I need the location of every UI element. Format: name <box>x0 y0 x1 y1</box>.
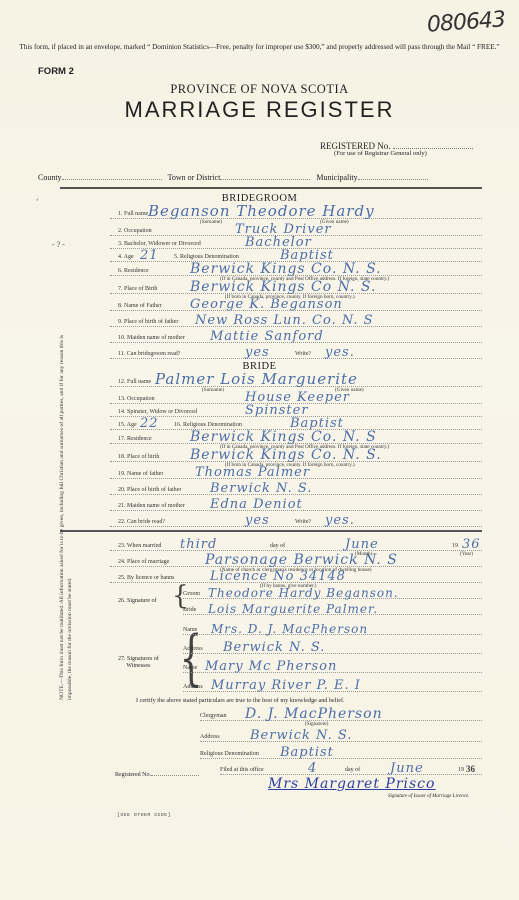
marriage-date-row: 23. When married third day of June (Mont… <box>110 538 482 551</box>
groom-signature-label: Groom <box>183 591 200 597</box>
bride-father-row: 19. Name of father Thomas Palmer <box>110 466 482 479</box>
groom-birthplace-row: 7. Place of Birth Berwick Kings Co N. S.… <box>110 281 482 294</box>
see-other-side: [SEE OTHER SIDE] <box>117 813 171 818</box>
groom-residence: Berwick Kings Co. N. S. <box>190 261 382 277</box>
divider <box>60 530 482 532</box>
groom-full-name-label: 1. Full name <box>118 211 148 217</box>
bride-occupation-label: 13. Occupation <box>118 396 155 402</box>
municipality-field <box>358 173 428 180</box>
witness-2-name: Mary Mc Pherson <box>205 659 337 674</box>
groom-father: George K. Beganson <box>190 297 343 312</box>
clergyman-label: Clergyman <box>200 713 227 719</box>
bride-literacy-row: 22. Can bride read? yes Write? yes. <box>110 514 482 527</box>
groom-signature: Theodore Hardy Beganson. <box>208 586 399 600</box>
groom-full-name-row: 1. Full name Beganson Theodore Hardy (Su… <box>110 206 482 219</box>
groom-age-label: 4. Age <box>118 254 134 260</box>
county-field <box>62 173 162 180</box>
bride-full-name-label: 12. Full name <box>118 379 151 385</box>
bride-father-label: 19. Name of father <box>118 471 163 477</box>
witness-name-label: Name <box>183 627 197 633</box>
witness-address-label: Address <box>183 646 203 652</box>
groom-religion-label: 5. Religious Denomination <box>174 254 239 260</box>
bride-religion-label: 16. Religious Denomination <box>174 422 242 428</box>
marriage-month: June <box>345 537 379 552</box>
groom-full-name: Beganson Theodore Hardy <box>148 202 375 220</box>
groom-birthplace-label: 7. Place of Birth <box>118 286 157 292</box>
bride-birthplace: Berwick Kings Co. N. S. <box>190 447 382 463</box>
bride-mother: Edna Deniot <box>210 497 303 512</box>
signature-of-label: 26. Signature of <box>118 598 157 604</box>
filed-month: June <box>390 761 424 776</box>
groom-write: yes. <box>325 345 355 360</box>
filing-registered-field <box>151 769 199 776</box>
bride-status-label: 14. Spinster, Widow or Divorced <box>118 409 197 415</box>
groom-mother-label: 10. Maiden name of mother <box>118 335 185 341</box>
bride-signature-label: Bride <box>183 607 196 613</box>
page-title: MARRIAGE REGISTER <box>0 97 519 123</box>
clergyman-row: Clergyman D. J. MacPherson (Signature) <box>200 708 482 721</box>
filed-year-prefix: 19 <box>458 767 464 773</box>
divider <box>60 187 482 189</box>
bride-signature: Lois Marguerite Palmer. <box>208 602 378 616</box>
postal-notice: This form, if placed in an envelope, mar… <box>0 42 519 53</box>
margin-mark: ‘ <box>36 197 39 206</box>
filing-registered-text: Registered No. <box>115 772 151 778</box>
signature-hint: (Signature) <box>305 721 328 727</box>
witnesses-label-line1: 27. Signatures of <box>118 656 159 663</box>
groom-residence-label: 6. Residence <box>118 268 149 274</box>
witnesses-label: 27. Signatures of Witnesses <box>118 656 159 670</box>
groom-literacy-row: 11. Can bridegroom read? yes Write? yes. <box>110 346 482 359</box>
groom-father-birth: New Ross Lun. Co. N. S <box>195 313 374 328</box>
bride-father: Thomas Palmer <box>195 465 310 480</box>
bride-write: yes. <box>325 513 355 528</box>
groom-father-birth-label: 9. Place of birth of father <box>118 319 178 325</box>
bride-birthplace-label: 18. Place of birth <box>118 454 159 460</box>
witness-1-name: Mrs. D. J. MacPherson <box>211 622 368 636</box>
groom-mother-row: 10. Maiden name of mother Mattie Sanford <box>110 330 482 343</box>
groom-read: yes <box>245 345 270 360</box>
municipality-label: Municipality <box>316 173 357 182</box>
bride-birthplace-row: 18. Place of birth Berwick Kings Co. N. … <box>110 449 482 462</box>
place-of-marriage-label: 24. Place of marriage <box>118 559 169 565</box>
clergyman-denomination: Baptist <box>280 745 334 760</box>
bride-residence-label: 17. Residence <box>118 436 152 442</box>
licence-number: Licence No 34148 <box>210 569 346 584</box>
groom-occupation-label: 2. Occupation <box>118 228 152 234</box>
certification-statement: I certify the above stated particulars a… <box>136 697 345 704</box>
bride-father-birth: Berwick N. S. <box>210 481 312 496</box>
marriage-day: third <box>180 537 217 552</box>
filed-day: 4 <box>308 761 317 776</box>
bride-write-label: Write? <box>295 519 311 525</box>
bride-mother-row: 21. Maiden name of mother Edna Deniot <box>110 498 482 511</box>
bride-read: yes <box>245 513 270 528</box>
marriage-place: Parsonage Berwick N. S <box>205 552 398 568</box>
bride-age-label: 15. Age <box>118 422 137 428</box>
province-heading: PROVINCE OF NOVA SCOTIA <box>0 82 519 97</box>
bride-father-birth-row: 20. Place of birth of father Berwick N. … <box>110 482 482 495</box>
bride-full-name-row: 12. Full name Palmer Lois Marguerite (Su… <box>110 374 482 387</box>
groom-signature-row: Groom Theodore Hardy Beganson. <box>183 586 482 599</box>
licence-label: 25. By licence or banns <box>118 575 174 581</box>
marriage-year: 36 <box>462 537 481 552</box>
side-note: NOTE.—This form must not be mutilated. A… <box>58 320 74 700</box>
witness-1-address: Berwick N. S. <box>223 640 325 655</box>
bride-read-label: 22. Can bride read? <box>118 519 165 525</box>
margin-mark: - ? - <box>52 240 65 249</box>
groom-write-label: Write? <box>295 351 311 357</box>
registered-number-field <box>393 148 473 149</box>
groom-birthplace: Berwick Kings Co N. S. <box>190 279 376 295</box>
witness-name-label: Name <box>183 665 197 671</box>
witness-2-address: Murray River P. E. I <box>211 678 361 693</box>
document-number: 080643 <box>426 7 506 37</box>
bride-mother-label: 21. Maiden name of mother <box>118 503 185 509</box>
groom-age: 21 <box>140 248 159 263</box>
filed-label: Filed at this office <box>220 767 264 773</box>
marriage-place-row: 24. Place of marriage Parsonage Berwick … <box>110 554 482 567</box>
clergyman-address-label: Address <box>200 734 220 740</box>
bride-residence-row: 17. Residence Berwick Kings Co. N. S (If… <box>110 431 482 444</box>
clergyman-address-row: Address Berwick N. S. <box>200 729 482 742</box>
groom-read-label: 11. Can bridegroom read? <box>118 351 180 357</box>
filed-year: 36 <box>466 764 475 774</box>
registered-note: (For use of Registrar General only) <box>334 150 427 157</box>
issuer-hint: Signature of Issuer of Marriage Licence. <box>388 794 469 799</box>
bride-age: 22 <box>140 416 159 431</box>
witness-2-address-row: Address Murray River P. E. I <box>183 679 482 692</box>
denomination-label: Religious Denomination <box>200 751 259 757</box>
groom-father-birth-row: 9. Place of birth of father New Ross Lun… <box>110 314 482 327</box>
filed-day-of-label: day of <box>345 767 360 773</box>
town-label: Town or District <box>168 173 221 182</box>
witness-1-address-row: Address Berwick N. S. <box>183 641 482 654</box>
town-field <box>220 173 310 180</box>
groom-status-label: 3. Bachelor, Widower or Divorced <box>118 241 201 247</box>
location-row: County Town or District Municipality <box>38 173 428 182</box>
county-label: County <box>38 173 62 182</box>
licence-row: 25. By licence or banns Licence No 34148… <box>110 570 482 583</box>
bride-full-name: Palmer Lois Marguerite <box>155 370 358 388</box>
year-prefix: 19 <box>452 543 458 549</box>
issuer-signature: Mrs Margaret Prisco <box>268 776 435 792</box>
when-married-label: 23. When married <box>118 543 161 549</box>
form-label: FORM 2 <box>38 66 74 77</box>
groom-father-row: 8. Name of Father George K. Beganson <box>110 298 482 311</box>
clergyman-signature: D. J. MacPherson <box>245 706 383 722</box>
day-of-label: day of <box>270 543 285 549</box>
bride-father-birth-label: 20. Place of birth of father <box>118 487 181 493</box>
witness-address-label: Address <box>183 684 203 690</box>
marriage-register-form: 080643 This form, if placed in an envelo… <box>0 0 519 900</box>
filing-row: Filed at this office 4 day of June 19 36 <box>220 762 482 775</box>
witness-1-name-row: Name Mrs. D. J. MacPherson <box>183 622 482 635</box>
bride-signature-row: Bride Lois Marguerite Palmer. <box>183 602 482 615</box>
clergyman-denomination-row: Religious Denomination Baptist <box>200 746 482 759</box>
filing-registered-label: Registered No. <box>115 769 199 778</box>
clergyman-address: Berwick N. S. <box>250 728 352 743</box>
groom-father-label: 8. Name of Father <box>118 303 162 309</box>
witnesses-label-line2: Witnesses <box>118 663 159 670</box>
witness-2-name-row: Name Mary Mc Pherson <box>183 660 482 673</box>
groom-mother: Mattie Sanford <box>210 329 324 344</box>
bride-residence: Berwick Kings Co. N. S <box>190 429 377 445</box>
groom-residence-row: 6. Residence Berwick Kings Co. N. S. (If… <box>110 263 482 276</box>
